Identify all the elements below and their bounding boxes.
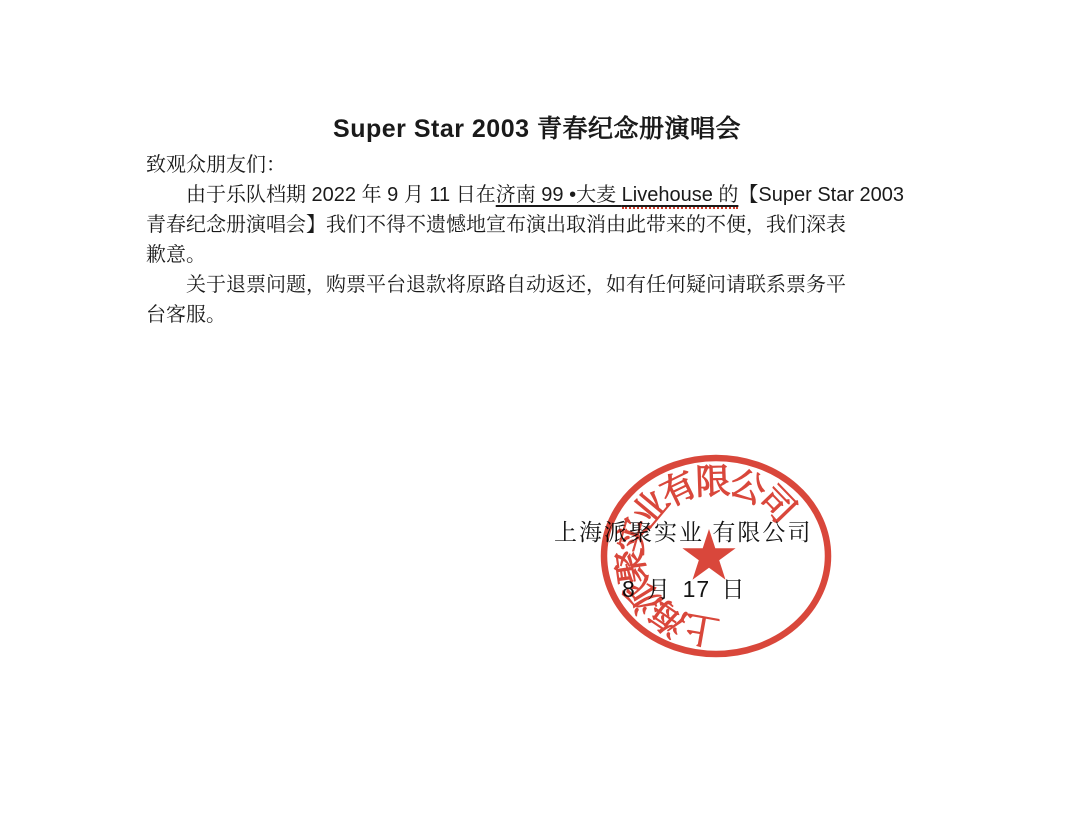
- salutation: 致观众朋友们：: [146, 150, 938, 180]
- paragraph-refund: 关于退票问题，购票平台退款将原路自动返还，如有任何疑问请联系票务平台客服。: [146, 270, 938, 330]
- notice-page: Super Star 2003 青春纪念册演唱会 致观众朋友们： 由于乐队档期 …: [0, 0, 1074, 835]
- p1-line2: 青春纪念册演唱会】我们不得不遗憾地宣布演出取消由此带来的不便，我们深表: [146, 214, 846, 236]
- p1-line3: 歉意。: [146, 244, 206, 266]
- venue-livehouse-spellcheck-text: Livehouse 的: [622, 184, 739, 209]
- paragraph-cancellation: 由于乐队档期 2022 年 9 月 11 日在济南 99 •大麦 Livehou…: [146, 180, 938, 270]
- venue-underlined-text: 济南 99 •大麦: [496, 184, 622, 206]
- p2-line2: 台客服。: [146, 304, 226, 326]
- p1-line1-end: 【Super Star 2003: [738, 184, 904, 206]
- p1-lead: 由于乐队档期 2022 年 9 月 11 日在: [186, 184, 496, 206]
- document-body: 致观众朋友们： 由于乐队档期 2022 年 9 月 11 日在济南 99 •大麦…: [146, 150, 938, 330]
- star-icon: [682, 529, 735, 580]
- p2-line1: 关于退票问题，购票平台退款将原路自动返还，如有任何疑问请联系票务平: [186, 274, 846, 296]
- document-title: Super Star 2003 青春纪念册演唱会: [0, 109, 1074, 145]
- company-seal-stamp: 上海派聚实业有限公司: [598, 452, 834, 660]
